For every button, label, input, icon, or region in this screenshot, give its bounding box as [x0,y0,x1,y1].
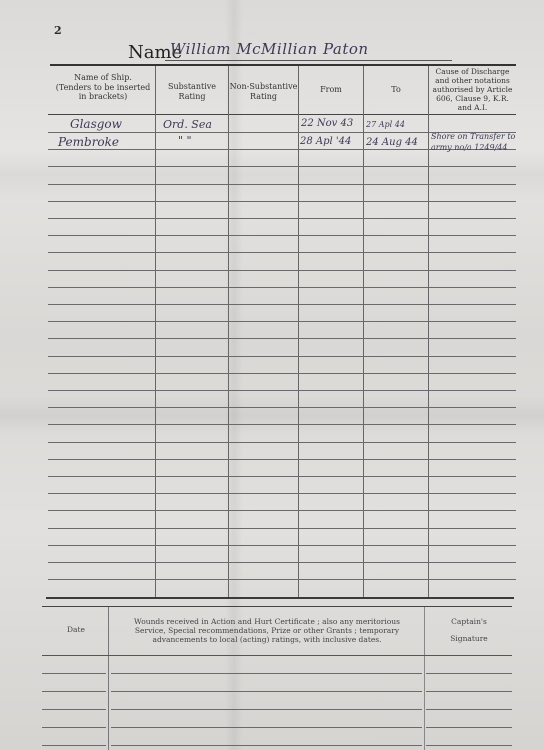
cell-substantive: " " [178,134,192,147]
wounds-header-rule [42,655,512,656]
row-rule [48,562,516,563]
col-divider [228,66,229,598]
name-underline [165,60,452,61]
row-rule [48,184,516,185]
row-rule [48,459,516,460]
row-rule [42,691,106,692]
page-number: 2 [54,24,62,37]
paper-fold-horizontal [0,150,544,200]
table-top-rule [50,64,516,66]
row-rule [48,338,516,339]
col-divider [428,66,429,598]
row-rule [111,691,422,692]
table-bottom-rule [46,597,514,599]
row-rule [426,727,512,728]
row-rule [426,745,512,746]
row-rule [48,252,516,253]
row-rule [111,745,422,746]
row-rule [426,709,512,710]
row-rule [48,356,516,357]
row-rule [42,673,106,674]
row-rule [42,709,106,710]
row-rule [48,510,516,511]
row-rule [48,218,516,219]
row-rule [48,424,516,425]
paper-fold-horizontal-2 [0,395,544,435]
row-rule [111,673,422,674]
name-value: William McMillian Paton [170,40,369,58]
cell-substantive: Ord. Sea [163,118,212,131]
col-header-substantive: Substantive Rating [156,82,228,101]
row-rule [48,321,516,322]
row-rule [111,709,422,710]
row-rule [48,166,516,167]
cell-to: 24 Aug 44 [366,137,418,148]
col-header-to: To [364,85,428,95]
row-rule [42,745,106,746]
col-header-cause: Cause of Discharge and other notations a… [429,67,516,112]
cell-to: 27 Apl 44 [366,120,405,129]
cell-from: 22 Nov 43 [301,118,353,129]
col-header-signature: Captain's Signature [426,617,512,643]
row-rule [48,579,516,580]
row-rule [48,442,516,443]
col-header-from: From [299,85,363,95]
row-rule [48,407,516,408]
cell-ship: Pembroke [58,135,119,149]
cell-cause: Shore on Transfer to army no/a 1249/44 [431,131,521,153]
col-divider [424,607,425,750]
row-rule [48,201,516,202]
header-bottom-rule [48,114,516,115]
row-rule [48,528,516,529]
col-divider [363,66,364,598]
row-rule [426,673,512,674]
row-rule [48,390,516,391]
row-rule [48,545,516,546]
col-divider [108,607,109,750]
row-rule [111,727,422,728]
col-header-date: Date [44,625,108,634]
row-rule [42,727,106,728]
wounds-top-rule [42,606,512,607]
col-header-non-substantive: Non-Substantive Rating [229,82,298,101]
row-rule [48,235,516,236]
row-rule [48,373,516,374]
row-rule [48,287,516,288]
row-rule [48,493,516,494]
cell-ship: Glasgow [70,117,122,131]
row-rule [48,304,516,305]
col-divider [155,66,156,598]
cell-from: 28 Apl '44 [300,136,351,147]
row-rule [426,691,512,692]
row-rule [48,476,516,477]
col-divider [298,66,299,598]
col-header-description: Wounds received in Action and Hurt Certi… [112,617,422,644]
row-rule [48,270,516,271]
col-header-ship: Name of Ship. (Tenders to be inserted in… [52,73,154,102]
